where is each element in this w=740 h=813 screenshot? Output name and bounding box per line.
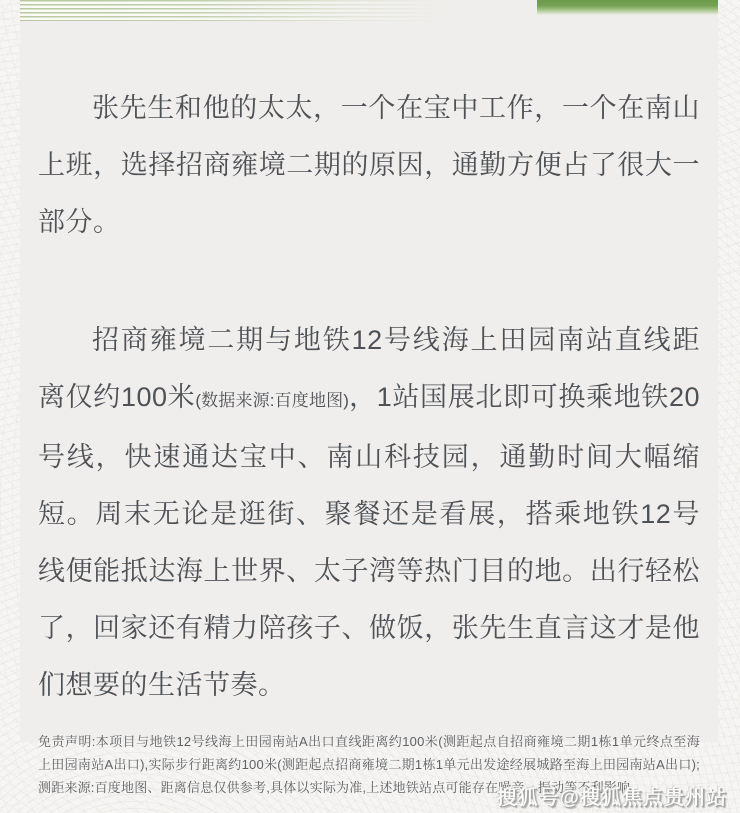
paragraph-metro-rest-text: ，1站国展北即可换乘地铁20号线，快速通达宝中、南山科技园，通勤时间大幅缩短。周… [38, 382, 700, 700]
article-image: 张先生和他的太太，一个在宝中工作，一个在南山上班，选择招商雍境二期的原因，通勤方… [0, 0, 740, 813]
paragraph-commute-intro: 张先生和他的太太，一个在宝中工作，一个在南山上班，选择招商雍境二期的原因，通勤方… [38, 80, 700, 251]
content-card: 张先生和他的太太，一个在宝中工作，一个在南山上班，选择招商雍境二期的原因，通勤方… [20, 0, 718, 742]
data-source-note: (数据来源:百度地图) [195, 391, 349, 410]
paragraph-metro-access: 招商雍境二期与地铁12号线海上田园南站直线距离仅约100米(数据来源:百度地图)… [38, 312, 700, 714]
sohu-account-watermark: 搜狐号@搜狐焦点贵州站 [496, 781, 727, 810]
article-body: 张先生和他的太太，一个在宝中工作，一个在南山上班，选择招商雍境二期的原因，通勤方… [20, 0, 718, 799]
